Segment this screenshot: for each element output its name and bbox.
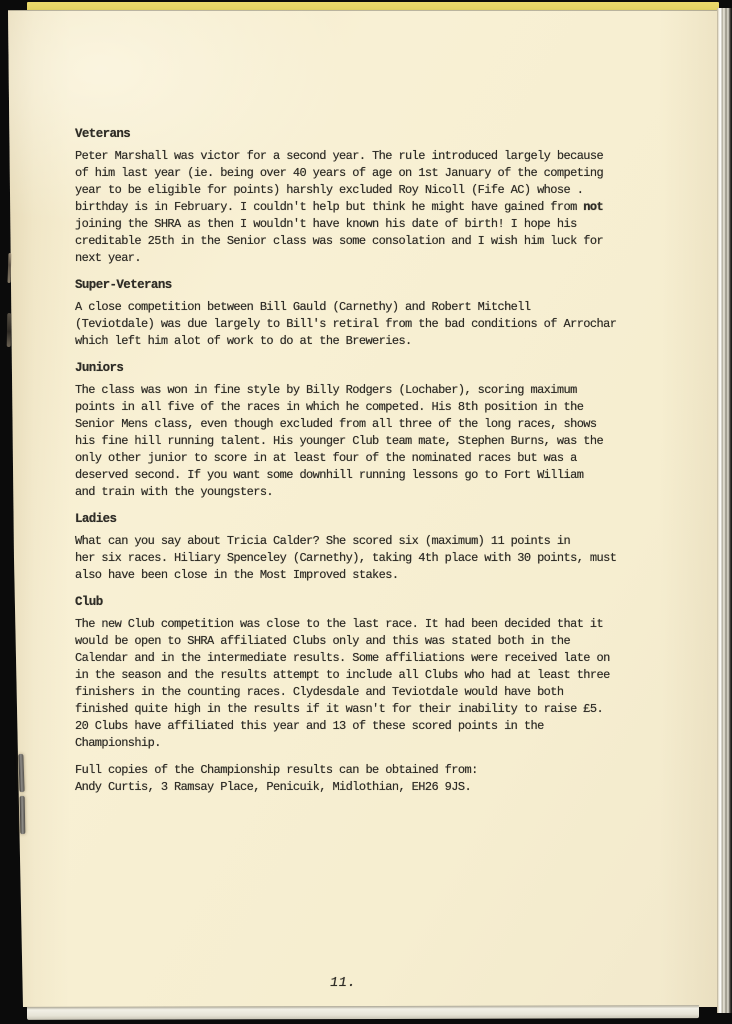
section-heading: Juniors <box>75 360 695 377</box>
text-line: in the season and the results attempt to… <box>75 667 695 684</box>
document-section: Full copies of the Championship results … <box>75 762 695 796</box>
text-line: creditable 25th in the Senior class was … <box>75 233 695 250</box>
text-block: VeteransPeter Marshall was victor for a … <box>75 126 695 806</box>
page-edge-stack <box>717 8 732 1013</box>
text-line: finished quite high in the results if it… <box>75 701 695 718</box>
text-line: joining the SHRA as then I wouldn't have… <box>75 216 695 233</box>
text-line: which left him alot of work to do at the… <box>75 333 695 350</box>
text-line: finishers in the counting races. Clydesd… <box>75 684 695 701</box>
text-line: points in all five of the races in which… <box>75 399 695 416</box>
text-line: year to be eligible for points) harshly … <box>75 182 695 199</box>
section-heading: Club <box>75 594 695 611</box>
text-line: 20 Clubs have affiliated this year and 1… <box>75 718 695 735</box>
document-section: VeteransPeter Marshall was victor for a … <box>75 126 695 267</box>
section-heading: Ladies <box>75 511 695 528</box>
page-number: 11. <box>329 976 357 991</box>
text-line: birthday is in February. I couldn't help… <box>75 199 695 216</box>
text-line: his fine hill running talent. His younge… <box>75 433 695 450</box>
text-line: only other junior to score in at least f… <box>75 450 695 467</box>
text-line: What can you say about Tricia Calder? Sh… <box>75 533 695 550</box>
section-heading: Super-Veterans <box>75 277 695 294</box>
text-line: her six races. Hiliary Spenceley (Carnet… <box>75 550 695 567</box>
text-line: The class was won in fine style by Billy… <box>75 382 695 399</box>
text-line: also have been close in the Most Improve… <box>75 567 695 584</box>
text-line: of him last year (ie. being over 40 year… <box>75 165 695 182</box>
text-line: Peter Marshall was victor for a second y… <box>75 148 695 165</box>
text-line: The new Club competition was close to th… <box>75 616 695 633</box>
section-heading: Veterans <box>75 126 695 143</box>
text-line: Andy Curtis, 3 Ramsay Place, Penicuik, M… <box>75 779 695 796</box>
text-line: Full copies of the Championship results … <box>75 762 695 779</box>
staple-mark <box>7 313 12 347</box>
document-section: JuniorsThe class was won in fine style b… <box>75 360 695 501</box>
staple-mark <box>20 796 26 834</box>
document-section: ClubThe new Club competition was close t… <box>75 594 695 752</box>
text-line: and train with the youngsters. <box>75 484 695 501</box>
text-line: Championship. <box>75 735 695 752</box>
paper-page: VeteransPeter Marshall was victor for a … <box>0 10 719 1007</box>
text-line: would be open to SHRA affiliated Clubs o… <box>75 633 695 650</box>
text-line: next year. <box>75 250 695 267</box>
bottom-page-edge <box>27 1005 699 1020</box>
text-line: A close competition between Bill Gauld (… <box>75 299 695 316</box>
text-line: deserved second. If you want some downhi… <box>75 467 695 484</box>
text-line: Senior Mens class, even though excluded … <box>75 416 695 433</box>
text-line: (Teviotdale) was due largely to Bill's r… <box>75 316 695 333</box>
staple-mark <box>7 253 11 283</box>
text-line: Calendar and in the intermediate results… <box>75 650 695 667</box>
document-section: Super-VeteransA close competition betwee… <box>75 277 695 350</box>
document-section: LadiesWhat can you say about Tricia Cald… <box>75 511 695 584</box>
scanned-booklet-page: { "page": { "page_number": "11.", "secti… <box>0 0 732 1024</box>
